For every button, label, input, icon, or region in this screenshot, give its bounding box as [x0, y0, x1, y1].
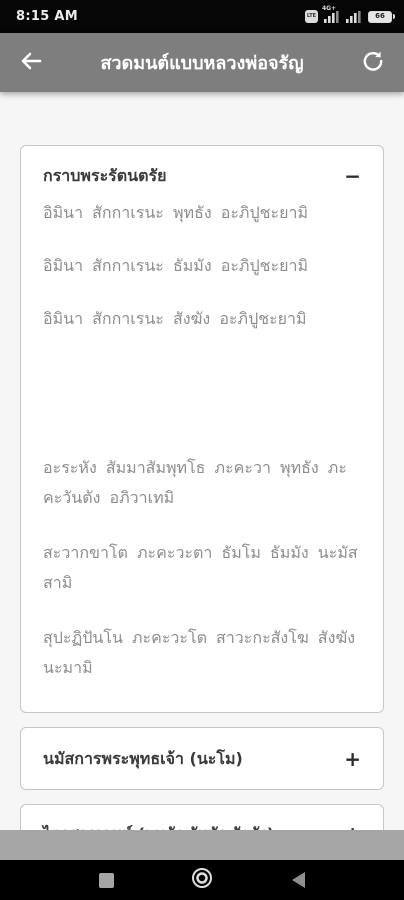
- recents-square-icon: [99, 873, 114, 888]
- prayer-line: อิมินา สักกาเรนะ ธัมมัง อะภิปูชะยามิ: [43, 255, 361, 277]
- battery-icon: 66: [368, 11, 392, 23]
- prayer-line: อะระหัง สัมมาสัมพุทโธ ภะคะวา พุทธัง ภะคะ…: [43, 453, 361, 513]
- page-title: สวดมนต์แบบหลวงพ่อจรัญ: [48, 48, 356, 77]
- back-nav-button[interactable]: [286, 868, 310, 892]
- back-triangle-icon: [292, 872, 305, 888]
- section-title: กราบพระรัตนตรัย: [43, 164, 166, 188]
- network-type-label: 4G+: [322, 5, 336, 12]
- home-button[interactable]: [190, 868, 214, 892]
- accordion-header-2[interactable]: นมัสการพระพุทธเจ้า (นะโม) +: [21, 728, 383, 789]
- prayer-line: อิมินา สักกาเรนะ สังฆัง อะภิปูชะยามิ: [43, 308, 361, 330]
- accordion-section-1: กราบพระรัตนตรัย − อิมินา สักกาเรนะ พุทธั…: [20, 145, 384, 713]
- android-nav-bar: [0, 860, 404, 900]
- lte-notification-icon: LTE: [305, 10, 318, 23]
- accordion-section-2: นมัสการพระพุทธเจ้า (นะโม) +: [20, 727, 384, 790]
- battery-percent: 66: [375, 13, 385, 20]
- collapse-minus-icon[interactable]: −: [344, 166, 361, 186]
- home-circle-icon: [191, 867, 213, 893]
- accordion-header-1[interactable]: กราบพระรัตนตรัย −: [21, 146, 383, 190]
- status-bar: 8:15 AM LTE 4G+: [0, 0, 404, 33]
- section-body: อิมินา สักกาเรนะ พุทธัง อะภิปูชะยามิ อิม…: [21, 190, 383, 712]
- back-arrow-icon: [19, 49, 43, 77]
- app-toolbar: สวดมนต์แบบหลวงพ่อจรัญ: [0, 33, 404, 92]
- expand-plus-icon[interactable]: +: [344, 749, 361, 769]
- empty-gap: [43, 361, 361, 453]
- prayer-line: สะวากขาโต ภะคะวะตา ธัมโม ธัมมัง นะมัสสาม…: [43, 538, 361, 598]
- refresh-button[interactable]: [356, 46, 390, 80]
- content-area[interactable]: กราบพระรัตนตรัย − อิมินา สักกาเรนะ พุทธั…: [0, 92, 404, 858]
- status-icons: LTE 4G+ 66: [305, 10, 392, 23]
- prayer-line: อิมินา สักกาเรนะ พุทธัง อะภิปูชะยามิ: [43, 202, 361, 224]
- back-button[interactable]: [14, 46, 48, 80]
- status-time: 8:15 AM: [16, 9, 78, 24]
- phone-screen: 8:15 AM LTE 4G+: [0, 0, 404, 900]
- section-title: นมัสการพระพุทธเจ้า (นะโม): [43, 747, 243, 771]
- signal-strength-icon-sim1: 4G+: [324, 11, 340, 23]
- bottom-gray-band: [0, 830, 404, 860]
- recents-button[interactable]: [94, 868, 118, 892]
- signal-strength-icon-sim2: [346, 11, 362, 23]
- prayer-line: สุปะฏิปันโน ภะคะวะโต สาวะกะสังโฆ สังฆัง …: [43, 623, 361, 683]
- refresh-icon: [361, 49, 385, 77]
